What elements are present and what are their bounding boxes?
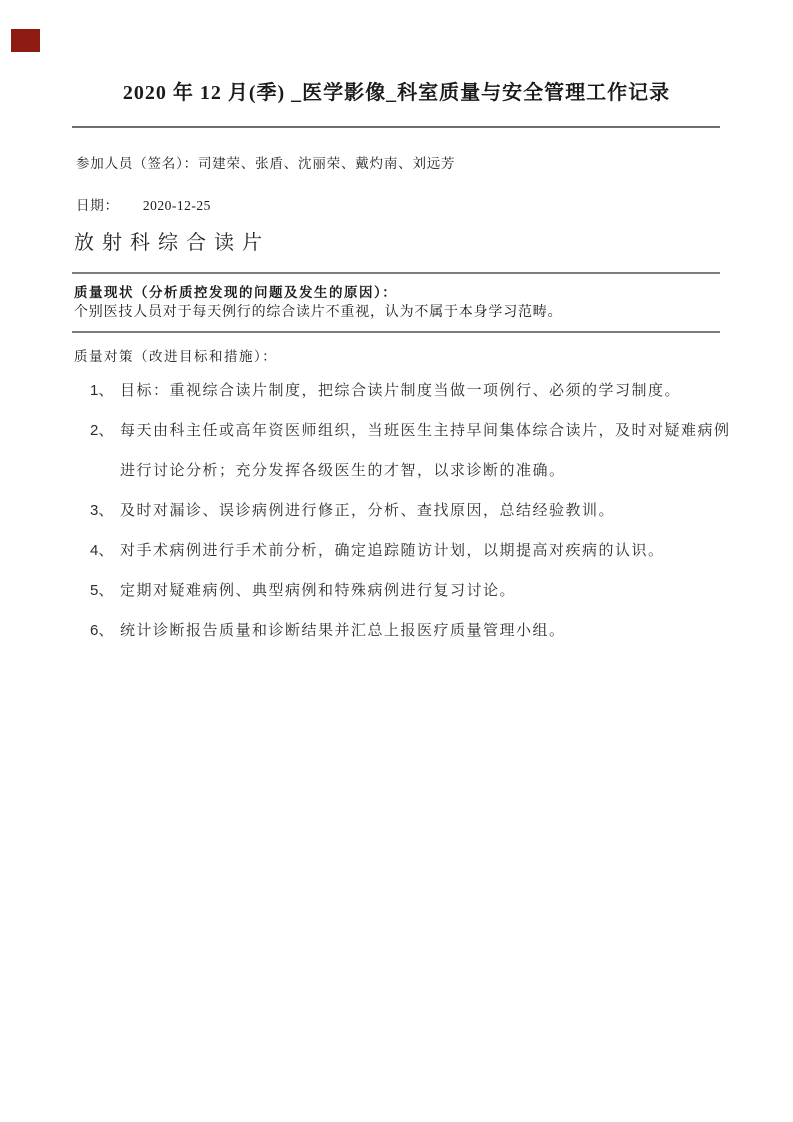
status-section-divider	[72, 272, 720, 274]
list-item-number: 3、	[90, 491, 120, 531]
list-item-text: 定期对疑难病例、典型病例和特殊病例进行复习讨论。	[120, 571, 740, 611]
list-item: 2、 每天由科主任或高年资医师组织，当班医生主持早间集体综合读片，及时对疑难病例…	[90, 411, 742, 491]
list-item-number: 4、	[90, 531, 120, 571]
measures-list: 1、 目标：重视综合读片制度，把综合读片制度当做一项例行、必须的学习制度。 2、…	[90, 371, 742, 651]
list-item: 5、 定期对疑难病例、典型病例和特殊病例进行复习讨论。	[90, 571, 742, 611]
date-label: 日期：	[76, 198, 119, 213]
quality-status-body: 个别医技人员对于每天例行的综合读片不重视，认为不属于本身学习范畴。	[74, 301, 562, 321]
measures-section-divider	[72, 331, 720, 333]
quality-status-heading: 质量现状（分析质控发现的问题及发生的原因）：	[74, 281, 397, 301]
participants-names: 司建荣、张盾、沈丽荣、戴灼南、刘远芳	[198, 156, 455, 171]
subject-title: 放射科综合读片	[74, 226, 270, 255]
list-item-text: 目标：重视综合读片制度，把综合读片制度当做一项例行、必须的学习制度。	[120, 371, 740, 411]
list-item-text: 统计诊断报告质量和诊断结果并汇总上报医疗质量管理小组。	[120, 611, 740, 651]
quality-measures-heading: 质量对策（改进目标和措施）：	[74, 345, 277, 365]
list-item-text: 对手术病例进行手术前分析，确定追踪随访计划，以期提高对疾病的认识。	[120, 531, 740, 571]
list-item: 6、 统计诊断报告质量和诊断结果并汇总上报医疗质量管理小组。	[90, 611, 742, 651]
list-item-number: 5、	[90, 571, 120, 611]
date-line: 日期：2020-12-25	[76, 194, 211, 214]
list-item: 3、 及时对漏诊、误诊病例进行修正，分析、查找原因，总结经验教训。	[90, 491, 742, 531]
list-item: 1、 目标：重视综合读片制度，把综合读片制度当做一项例行、必须的学习制度。	[90, 371, 742, 411]
list-item-number: 6、	[90, 611, 120, 651]
list-item: 4、 对手术病例进行手术前分析，确定追踪随访计划，以期提高对疾病的认识。	[90, 531, 742, 571]
document-title: 2020 年 12 月(季) _医学影像_科室质量与安全管理工作记录	[0, 76, 793, 105]
list-item-number: 2、	[90, 411, 120, 451]
list-item-number: 1、	[90, 371, 120, 411]
date-value: 2020-12-25	[143, 198, 211, 213]
participants-label: 参加人员（签名）：	[76, 156, 198, 171]
document-page: 2020 年 12 月(季) _医学影像_科室质量与安全管理工作记录 参加人员（…	[0, 0, 793, 1122]
participants-line: 参加人员（签名）：司建荣、张盾、沈丽荣、戴灼南、刘远芳	[76, 152, 455, 172]
red-corner-mark	[11, 29, 40, 52]
list-item-text: 及时对漏诊、误诊病例进行修正，分析、查找原因，总结经验教训。	[120, 491, 740, 531]
list-item-text: 每天由科主任或高年资医师组织，当班医生主持早间集体综合读片，及时对疑难病例进行讨…	[120, 411, 740, 491]
title-divider	[72, 126, 720, 128]
